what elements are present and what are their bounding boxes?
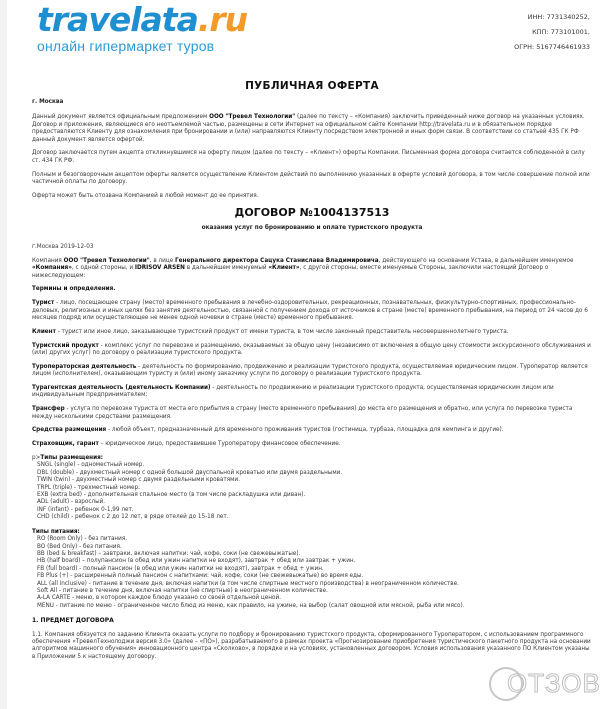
term-definition: Туристский продукт - комплекс услуг по п… (32, 343, 592, 358)
terms-heading: Термины и определения. (32, 286, 592, 293)
offer-paragraph-4: Оферта может быть отозвана Компанией в л… (32, 193, 592, 200)
text: Данный документ является официальным пре… (32, 114, 209, 120)
term-name: Турагентская деятельность (деятельность … (32, 385, 211, 391)
term-text: - любой объект, предназначенный для врем… (106, 427, 503, 433)
term-text: - турист или иное лицо, заказывающее тур… (56, 329, 509, 335)
ogrn: ОГРН: 5167746461933 (514, 40, 590, 55)
accommodation-item: TWIN (twin) - двухместный номер с двумя … (32, 477, 592, 484)
otzovik-watermark: ОТЗОВИК (489, 664, 600, 704)
accommodation-item: EXB (extra bed) - дополнительная спально… (32, 492, 592, 499)
travelata-logo[interactable]: travelata.ru онлайн гипермаркет туров (37, 2, 247, 53)
client-name: IDRISOV ARSEN (135, 265, 185, 271)
company-name: ООО "Тревел Технологии" (209, 114, 295, 120)
logo-wordmark: travelata.ru (37, 2, 247, 38)
accommodation-item: CHD (child) - ребенок с 2 до 12 лет, в р… (32, 514, 592, 521)
accommodation-items: SNGL (single) - одноместный номер.DBL (d… (32, 462, 592, 521)
term-text: - комплекс услуг по перевозке и размещен… (32, 343, 591, 356)
offer-city: г. Москва (32, 99, 592, 106)
term-name: Клиент (32, 329, 56, 335)
contract-place-date: г.Москва 2019-12-03 (32, 244, 592, 251)
watermark-circle-icon (489, 667, 523, 701)
text: Компания (32, 258, 64, 264)
term-name: Туроператорская деятельность (32, 364, 136, 370)
meal-item: FB Plus (+) - расширенный полный пансион… (32, 573, 592, 580)
terms-list: Турист - лицо, посещающее страну (место)… (32, 300, 592, 448)
meal-heading: Типы питания: (32, 529, 592, 536)
term-name: Турист (32, 300, 54, 306)
logo-part-ru: .ru (198, 0, 247, 39)
logo-part-travelata: travelata (37, 0, 198, 39)
term-name: Трансфер (32, 406, 65, 412)
term-definition: Средства размещения - любой объект, пред… (32, 427, 592, 434)
logo-tagline: онлайн гипермаркет туров (37, 39, 247, 53)
text: , с одной стороны, и (72, 265, 135, 271)
meal-types: Типы питания: RO (Room Only) - без питан… (32, 529, 592, 610)
accommodation-item: SNGL (single) - одноместный номер. (32, 462, 592, 469)
text: в дальнейшем именуемый (185, 265, 268, 271)
accommodation-types: p>Типы размещения: SNGL (single) - одном… (32, 455, 592, 522)
accommodation-item: ADL (adult) - взрослый. (32, 499, 592, 506)
term-definition: Клиент - турист или иное лицо, заказываю… (32, 329, 592, 336)
meal-item: ALL (all inclusive) - питание в течение … (32, 581, 592, 588)
term-text: - лицо, посещающее страну (место) времен… (32, 300, 588, 321)
contract-parties: Компания ООО "Тревел Технологии", в лице… (32, 258, 592, 280)
term-definition: Страховщик, гарант – юридическое лицо, п… (32, 441, 592, 448)
document-page: travelata.ru онлайн гипермаркет туров ИН… (7, 0, 600, 709)
text: , действующего на основании Устава, в да… (379, 258, 574, 264)
offer-paragraph-1: Данный документ является официальным пре… (32, 114, 592, 144)
accommodation-item: TRPL (triple) - трехместный номер. (32, 485, 592, 492)
offer-paragraph-3: Полным и безоговорочным акцептом оферты … (32, 172, 592, 187)
term-name: Страховщик, гарант (32, 441, 99, 447)
meal-heading-text: Типы питания: (32, 529, 80, 535)
accommodation-heading-text: Типы размещения: (40, 455, 103, 461)
meal-items: RO (Room Only) - без питания.BO (Bed Onl… (32, 536, 592, 610)
section-1-heading: 1. ПРЕДМЕТ ДОГОВОРА (32, 617, 592, 624)
meal-item: BO (Bed Only) - без питания. (32, 544, 592, 551)
term-definition: Турагентская деятельность (деятельность … (32, 385, 592, 400)
client-label: «Клиент» (268, 265, 299, 271)
kpp: КПП: 773101001, (514, 25, 590, 40)
term-definition: Турист - лицо, посещающее страну (место)… (32, 300, 592, 322)
meal-item: MENU - питание по меню - ограниченное чи… (32, 603, 592, 610)
meal-item: BB (bed & breakfast) – завтраки, включая… (32, 551, 592, 558)
terms-heading-text: Термины и определения. (32, 286, 115, 292)
contract-subtitle: оказания услуг по бронированию и оплате … (32, 225, 592, 232)
offer-paragraph-2: Договор заключается путем акцепта отклик… (32, 150, 592, 165)
term-definition: Трансфер - услуга по перевозке туриста о… (32, 406, 592, 421)
text: , в лице (150, 258, 175, 264)
meal-item: RO (Room Only) - без питания. (32, 536, 592, 543)
contract-title: ДОГОВОР №1004137513 (32, 207, 592, 219)
inn: ИНН: 7731340252, (514, 10, 590, 25)
term-name: Туристский продукт (32, 343, 99, 349)
company-name: ООО "Тревел Технологии" (64, 258, 150, 264)
watermark-text: ОТЗОВИК (507, 668, 600, 698)
company-label: «Компания» (32, 265, 72, 271)
meal-item: A-LA CARTE - меню, в котором каждое блюд… (32, 595, 592, 602)
offer-title: ПУБЛИЧНАЯ ОФЕРТА (32, 80, 592, 92)
term-text: - услуга по перевозке туриста от места е… (32, 406, 572, 419)
document-body: ПУБЛИЧНАЯ ОФЕРТА г. Москва Данный докуме… (32, 80, 592, 668)
meal-item: HB (half board) – полупансион (в обед ил… (32, 558, 592, 565)
term-text: – юридическое лицо, предоставившее Туроп… (99, 441, 341, 447)
company-requisites: ИНН: 7731340252, КПП: 773101001, ОГРН: 5… (514, 10, 590, 55)
term-definition: Туроператорская деятельность - деятельно… (32, 364, 592, 379)
term-name: Средства размещения (32, 427, 106, 433)
director-name: Генерального директора Сацука Станислава… (175, 258, 379, 264)
section-1-paragraph-1: 1.1. Компания обязуется по заданию Клиен… (32, 632, 592, 662)
